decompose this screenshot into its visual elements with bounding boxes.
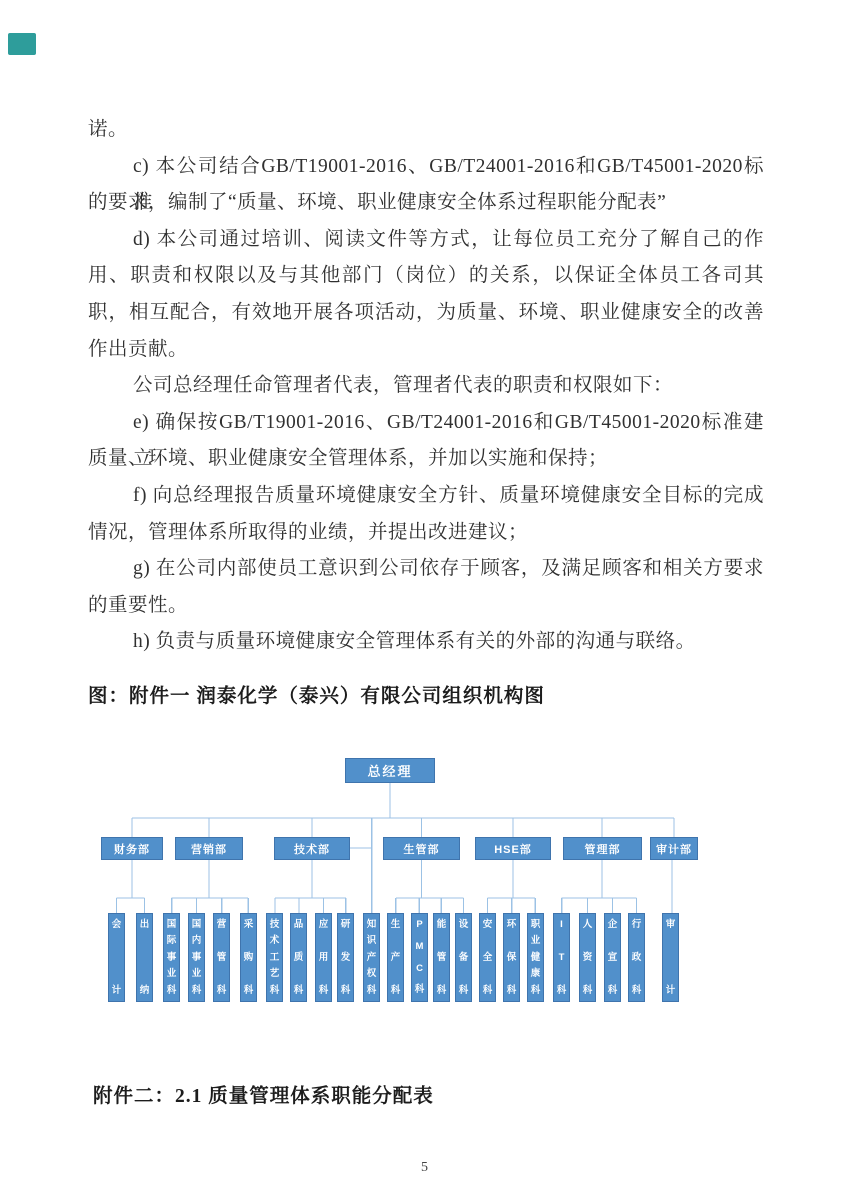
org-box-section: 设备科 xyxy=(455,913,472,1002)
org-box-dept: 管理部 xyxy=(563,837,642,860)
org-box-section: 国际事业科 xyxy=(163,913,180,1002)
org-box-section: 行政科 xyxy=(628,913,645,1002)
body-text: 诺。 c) 本公司结合GB/T19001-2016、GB/T24001-2016… xyxy=(88,112,764,661)
org-box-section: 企宣科 xyxy=(604,913,621,1002)
org-box-dept: 审计部 xyxy=(650,837,698,860)
org-box-section: 知识产权科 xyxy=(363,913,380,1002)
org-box-section: 营管科 xyxy=(213,913,230,1002)
org-box-section: 职业健康科 xyxy=(527,913,544,1002)
paragraph-line: h) 负责与质量环境健康安全管理体系有关的外部的沟通与联络。 xyxy=(88,624,764,661)
paragraph-line: 诺。 xyxy=(88,112,764,149)
paragraph-line: 用、职责和权限以及与其他部门（岗位）的关系，以保证全体员工各司其 xyxy=(88,258,764,295)
org-box-section: 安全科 xyxy=(479,913,496,1002)
document-page: { "theme":{ "box-blue":"#5190CB", "box-b… xyxy=(0,0,849,1200)
corner-watermark-badge xyxy=(8,33,36,55)
org-box-section: 技术工艺科 xyxy=(266,913,283,1002)
paragraph-line: 作出贡献。 xyxy=(88,332,764,369)
org-box-dept: 财务部 xyxy=(101,837,163,860)
paragraph-line: 质量、环境、职业健康安全管理体系，并加以实施和保持； xyxy=(88,441,764,478)
org-box-section: 应用科 xyxy=(315,913,332,1002)
paragraph-line: e) 确保按GB/T19001-2016、GB/T24001-2016和GB/T… xyxy=(88,405,764,442)
org-box-section: 研发科 xyxy=(337,913,354,1002)
paragraph-line: 公司总经理任命管理者代表，管理者代表的职责和权限如下： xyxy=(88,368,764,405)
org-box-dept: 营销部 xyxy=(175,837,243,860)
attachment-caption: 附件二：2.1 质量管理体系职能分配表 xyxy=(93,1080,434,1108)
org-box-section: 品质科 xyxy=(290,913,307,1002)
org-box-section: 采购科 xyxy=(240,913,257,1002)
org-box-section: IT科 xyxy=(553,913,570,1002)
org-box-section: 生产科 xyxy=(387,913,404,1002)
org-box-dept: HSE部 xyxy=(475,837,551,860)
paragraph-line: 的要求，编制了“质量、环境、职业健康安全体系过程职能分配表” xyxy=(88,185,764,222)
page-number: 5 xyxy=(0,1160,849,1176)
org-box-section: 国内事业科 xyxy=(188,913,205,1002)
org-box-dept: 技术部 xyxy=(274,837,350,860)
org-box-section: 环保科 xyxy=(503,913,520,1002)
paragraph-line: 的重要性。 xyxy=(88,588,764,625)
org-box-section: 人资科 xyxy=(579,913,596,1002)
org-box-section: 审计 xyxy=(662,913,679,1002)
org-box-section: PMC科 xyxy=(411,913,428,1002)
paragraph-line: f) 向总经理报告质量环境健康安全方针、质量环境健康安全目标的完成 xyxy=(88,478,764,515)
paragraph-line: c) 本公司结合GB/T19001-2016、GB/T24001-2016和GB… xyxy=(88,149,764,186)
paragraph-line: 情况，管理体系所取得的业绩，并提出改进建议； xyxy=(88,515,764,552)
paragraph-line: d) 本公司通过培训、阅读文件等方式，让每位员工充分了解自己的作 xyxy=(88,222,764,259)
org-box-dept: 生管部 xyxy=(383,837,460,860)
org-box-section: 出纳 xyxy=(136,913,153,1002)
paragraph-line: 职，相互配合，有效地开展各项活动，为质量、环境、职业健康安全的改善 xyxy=(88,295,764,332)
org-chart: 总经理 财务部 营销部 技术部 生管部 HSE部 管理部 审计部 会计 出纳 国… xyxy=(0,755,849,1010)
org-box-section: 会计 xyxy=(108,913,125,1002)
paragraph-line: g) 在公司内部使员工意识到公司依存于顾客，及满足顾客和相关方要求 xyxy=(88,551,764,588)
org-box-section: 能管科 xyxy=(433,913,450,1002)
org-box-root: 总经理 xyxy=(345,758,435,783)
figure-caption: 图：附件一 润泰化学（泰兴）有限公司组织机构图 xyxy=(88,680,545,708)
